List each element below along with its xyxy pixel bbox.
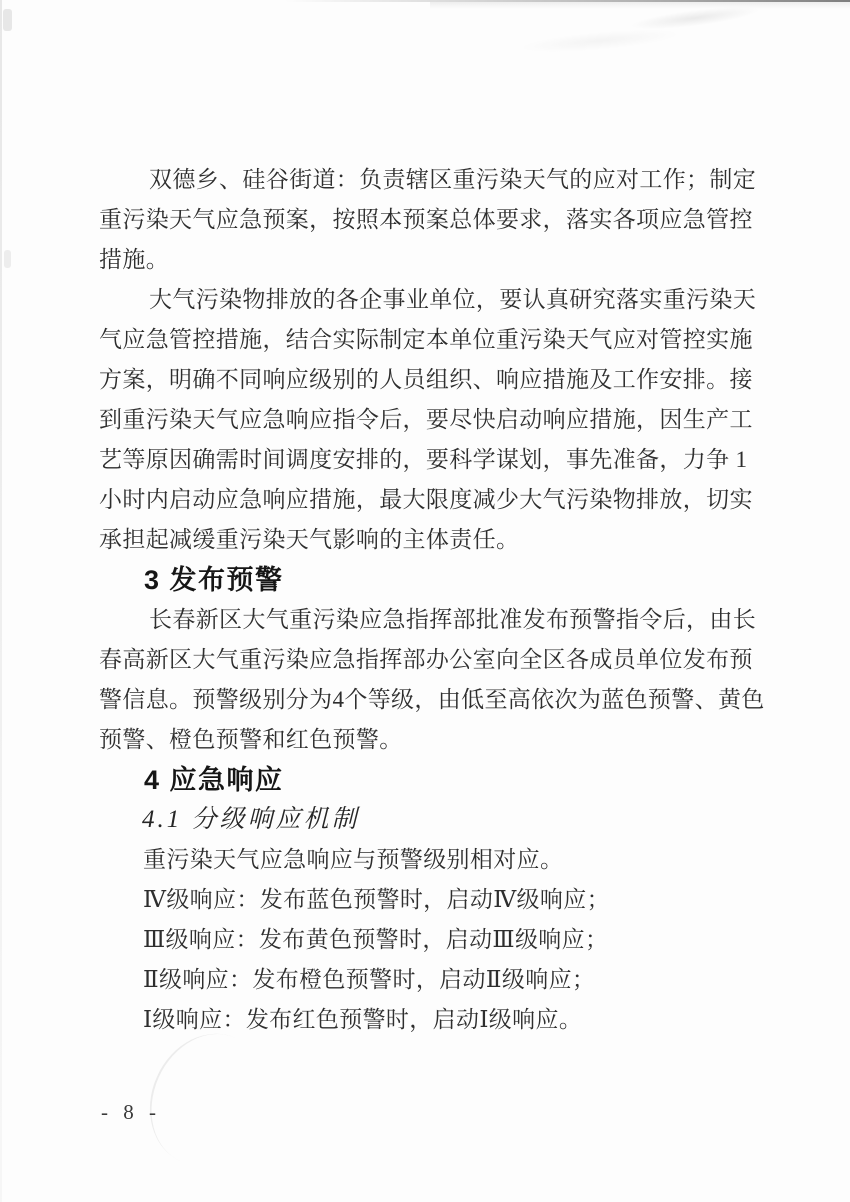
response-level-iv-line: Ⅳ级响应：发布蓝色预警时，启动Ⅳ级响应； [99, 880, 755, 920]
text-line: 艺等原因确需时间调度安排的，要科学谋划，事先准备，力争 1 [99, 440, 755, 480]
text-line: 方案，明确不同响应级别的人员组织、响应措施及工作安排。接 [99, 360, 755, 400]
text-line: 承担起减缓重污染天气影响的主体责任。 [99, 520, 755, 560]
scan-smudge [4, 250, 11, 268]
text-line: 到重污染天气应急响应指令后，要尽快启动响应措施，因生产工 [99, 400, 755, 440]
text-line: 双德乡、硅谷街道：负责辖区重污染天气的应对工作；制定 [99, 160, 755, 200]
section-heading-4: 4 应急响应 [99, 760, 755, 800]
response-level-iii-line: Ⅲ级响应：发布黄色预警时，启动Ⅲ级响应； [99, 920, 755, 960]
text-line: 重污染天气应急响应与预警级别相对应。 [99, 840, 755, 880]
paragraph: 长春新区大气重污染应急指挥部批准发布预警指令后，由长 春高新区大气重污染应急指挥… [99, 600, 755, 760]
response-level-list: 重污染天气应急响应与预警级别相对应。 Ⅳ级响应：发布蓝色预警时，启动Ⅳ级响应； … [99, 840, 755, 1040]
text-line: 春高新区大气重污染应急指挥部办公室向全区各成员单位发布预 [99, 640, 755, 680]
scan-edge-left [0, 0, 2, 1202]
text-line: 重污染天气应急预案，按照本预案总体要求，落实各项应急管控 [99, 200, 755, 240]
page-number: - 8 - [101, 1097, 161, 1127]
paragraph: 大气污染物排放的各企事业单位，要认真研究落实重污染天 气应急管控措施，结合实际制… [99, 280, 755, 560]
scan-smudge [520, 25, 681, 57]
text-line: 警信息。预警级别分为4个等级，由低至高依次为蓝色预警、黄色 [99, 680, 755, 720]
scan-smudge [3, 9, 12, 31]
text-line: 预警、橙色预警和红色预警。 [99, 720, 755, 760]
document-body: 双德乡、硅谷街道：负责辖区重污染天气的应对工作；制定 重污染天气应急预案，按照本… [99, 160, 755, 1040]
text-line: 长春新区大气重污染应急指挥部批准发布预警指令后，由长 [99, 600, 755, 640]
response-level-ii-line: Ⅱ级响应：发布橙色预警时，启动Ⅱ级响应； [99, 960, 755, 1000]
paragraph: 双德乡、硅谷街道：负责辖区重污染天气的应对工作；制定 重污染天气应急预案，按照本… [99, 160, 755, 280]
text-line: 气应急管控措施，结合实际制定本单位重污染天气应对管控实施 [99, 320, 755, 360]
text-line: 小时内启动应急响应措施，最大限度减少大气污染物排放，切实 [99, 480, 755, 520]
response-level-i-line: Ⅰ级响应：发布红色预警时，启动Ⅰ级响应。 [99, 1000, 755, 1040]
scan-edge-shadow [430, 2, 850, 9]
subsection-heading-4-1: 4.1 分级响应机制 [99, 800, 755, 840]
section-heading-3: 3 发布预警 [99, 560, 755, 600]
text-line: 大气污染物排放的各企事业单位，要认真研究落实重污染天 [99, 280, 755, 320]
document-page: 双德乡、硅谷街道：负责辖区重污染天气的应对工作；制定 重污染天气应急预案，按照本… [0, 0, 850, 1202]
text-line: 措施。 [99, 240, 755, 280]
